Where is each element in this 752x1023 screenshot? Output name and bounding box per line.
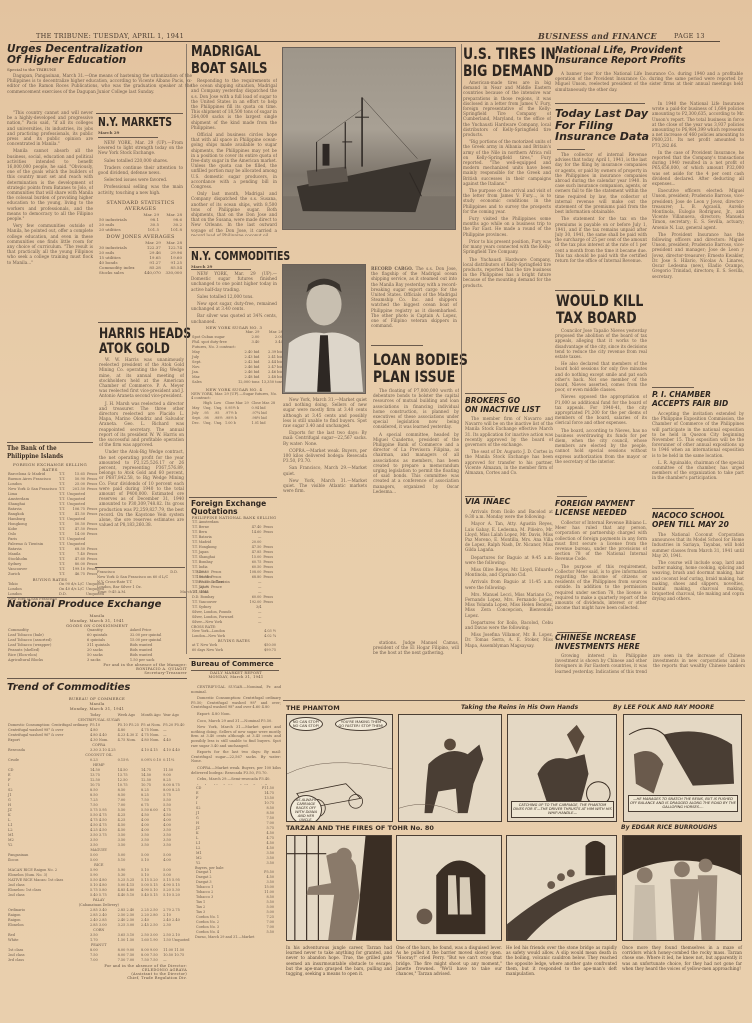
phantom-panel-2 bbox=[398, 714, 502, 822]
text: NEW YORK, Mar. 29 (UP).—Sugar futures, N… bbox=[191, 392, 277, 401]
text: Monday, March 31, 1941 bbox=[7, 706, 187, 711]
byline: Special to the TRIBUNE bbox=[7, 67, 182, 72]
text: 101.8 bbox=[160, 227, 183, 232]
text: 60 days New York bbox=[191, 648, 252, 653]
text: 12,000 tons bbox=[237, 380, 260, 385]
text: Month Ago bbox=[140, 713, 162, 718]
chinese-increase-body: Growing interest in Philippine investmen… bbox=[555, 653, 745, 679]
article-harris: HARRIS HEADS ATOK GOLD bbox=[99, 327, 184, 356]
column-rule bbox=[461, 44, 462, 654]
text: 101.5 bbox=[137, 227, 160, 232]
text: Miss Olive Reyes, Mr. Lloyd, Eduardo Mon… bbox=[465, 567, 553, 577]
comics-divider bbox=[283, 700, 745, 701]
portrait-illustration bbox=[283, 265, 365, 392]
phantom-episode: Taking the Reins in His Own Hands bbox=[461, 704, 578, 711]
text: stations. Judge Manuel Camus, president … bbox=[373, 640, 459, 656]
text: Dec. bbox=[191, 421, 202, 426]
text: Miss Josefina Villamor, Mr. B. Lopez, Dr… bbox=[465, 632, 553, 648]
tarzan-caption-4: Once more they found themselves in a maz… bbox=[622, 945, 742, 971]
text: 7.00 bbox=[89, 958, 117, 963]
panel-caption: CATCHING UP TO THE CARRIAGE, THE PHANTOM… bbox=[511, 801, 614, 818]
page-number: PAGE 13 bbox=[674, 32, 705, 40]
madrigal-body: Responding to the requirements of the oc… bbox=[191, 78, 277, 236]
divider bbox=[652, 508, 694, 509]
stone-bridge-illustration bbox=[507, 836, 616, 940]
text: "This country cannot and will never be a… bbox=[7, 110, 93, 146]
article-foreign-payment: FOREIGN PAYMENT LICENSE NEEDED bbox=[555, 500, 650, 517]
text: New York, March 31.—Market quiet. The vi… bbox=[283, 478, 367, 494]
text: Fury visited the Philippines some months… bbox=[463, 216, 551, 237]
text: 1.00 b bbox=[224, 421, 251, 426]
text: Manila cannot absorb all the business, s… bbox=[7, 148, 93, 221]
headline: N.Y. COMMODITIES bbox=[191, 250, 258, 262]
text: Under the Atok-Big Wedge contract, the n… bbox=[99, 449, 184, 527]
text: Domestic Consumption: Centrifugal ordina… bbox=[191, 696, 281, 710]
caption-balloon: AS ALWAYS CARRIAGE RACES OFF WITH DIANA … bbox=[290, 795, 322, 822]
text: Departures for Baguio at 9:45 a.m. were … bbox=[465, 555, 553, 565]
headline: Quotations bbox=[191, 508, 277, 516]
loan-bodies-body: The floating of P7,000,000 worth of debe… bbox=[373, 388, 459, 638]
nacoco-body: The National Coconut Corporation announc… bbox=[652, 532, 744, 650]
divider bbox=[371, 345, 423, 346]
headline: Insurance Report Profits bbox=[555, 56, 745, 66]
article-via-inaec: VIA INAEC bbox=[465, 497, 553, 506]
text: Arrivals from Baguio at 11:45 a.m. were … bbox=[465, 579, 553, 589]
would-kill-body: Councilor Jose Tapalio Nieves yesterday … bbox=[555, 328, 647, 493]
text: A banner year for the National Life Insu… bbox=[555, 71, 743, 92]
article-today-last-day: Today Last Day For Filing Insurance Data bbox=[555, 108, 650, 143]
headline: WOULD KILL bbox=[556, 293, 630, 309]
forex-rates-box: FranciscoD.D.$50.50Pesos New York & San … bbox=[96, 570, 184, 595]
phantom-panel-1: NO CAN STOP! NO CAN STOP! YOU'RE MAKING … bbox=[286, 714, 393, 822]
divider bbox=[189, 497, 277, 498]
divider bbox=[98, 322, 178, 323]
text: The floating of P7,000,000 worth of debe… bbox=[373, 388, 459, 430]
archway-illustration bbox=[397, 836, 501, 940]
text: NEW YORK, Mar. 29 (UP).—From lowered to … bbox=[98, 140, 183, 156]
headline: BOAT SAILS bbox=[191, 61, 258, 76]
text: 440,070 bbox=[141, 270, 162, 275]
article-national-life: National Life, Provident Insurance Repor… bbox=[555, 46, 745, 66]
via-inaec-extra: stations. Judge Manuel Camus, president … bbox=[373, 640, 459, 670]
text: Very few communities outside of Manila, … bbox=[7, 223, 93, 265]
speech-balloon: YOU'RE MAKING THEM GO FASTER! STOP THEM! bbox=[335, 717, 387, 731]
text: Dagupan, Pangasinan, March 31.—One means… bbox=[7, 73, 192, 94]
via-inaec-body: Arrivals from Iloilo and Bacolod at 9:30… bbox=[465, 509, 553, 649]
text: 4.80 Nom. bbox=[140, 738, 162, 743]
text: Selected issues were favored. bbox=[98, 177, 183, 182]
text: NEW YORK, Mar. 29 (UP).—Domestic sugar f… bbox=[191, 271, 277, 292]
divider bbox=[189, 658, 281, 659]
text: The purpose of the arrival and visit of … bbox=[463, 188, 551, 214]
headline: TAX BOARD bbox=[556, 310, 630, 326]
headline: ON INACTIVE LIST bbox=[465, 406, 553, 415]
phantom-panel-4: —HE MANAGES TO SNATCH THE REINS, BUT IS … bbox=[623, 714, 742, 822]
text: Coco, March 29 and 31.—Nominal P5.50. bbox=[191, 719, 281, 724]
text: Unq. bbox=[213, 421, 224, 426]
text: CENTRIFUGAL SUGAR.—Nominal, Pr. and nomi… bbox=[191, 685, 281, 694]
brokers-body: The member firm of Navarro and Navarro w… bbox=[465, 416, 553, 496]
pi-chamber-body: Accepting the invitation extended by the… bbox=[652, 411, 744, 505]
madrigal-tables-col: New York, March 31.—Market quiet and not… bbox=[283, 397, 367, 645]
headline: PLAN ISSUE bbox=[373, 369, 440, 385]
trend-commodities-table: TodayWeek AgoMonth AgoYear AgoCENTRIFUGA… bbox=[7, 713, 187, 980]
text: Pesos bbox=[86, 487, 98, 492]
text: Unq. bbox=[202, 421, 213, 426]
divider bbox=[555, 103, 645, 104]
phantom-on-horse-illustration bbox=[399, 715, 501, 821]
text: Executive officers elected: Miguel Unson… bbox=[652, 188, 744, 230]
ship-photo bbox=[282, 47, 456, 230]
text: J. H. Marsh was reelected a director and… bbox=[99, 401, 184, 448]
divider bbox=[465, 393, 507, 394]
text: In 1940 the National Life Insurance wrot… bbox=[652, 101, 744, 148]
text: Professional selling was the main activi… bbox=[98, 184, 183, 194]
text: Departures for Iloilo, Bacolod, Cebu and… bbox=[465, 620, 553, 630]
article-forex-quotations: Foreign Exchange Quotations PHILIPPINE N… bbox=[191, 500, 277, 653]
table-row: 3rd class7.007.50 7.007.50 7.50— bbox=[7, 958, 191, 963]
text: "Big portions of the motorized units of … bbox=[463, 139, 551, 186]
text: 7.50 7.50 bbox=[140, 958, 162, 963]
phantom-panel-3: CATCHING UP TO THE CARRIAGE, THE PHANTOM… bbox=[507, 714, 617, 822]
dateline: March 29 bbox=[98, 130, 184, 135]
text: FOREIGN EXCHANGE SELLING RATES bbox=[7, 462, 93, 472]
steamship-illustration bbox=[283, 48, 455, 229]
text: 330,000 bbox=[162, 270, 183, 275]
headline: ACCEPTS FAIR BID bbox=[652, 400, 747, 409]
text: $99.75 bbox=[252, 648, 278, 653]
headline: VIA INAEC bbox=[465, 497, 553, 506]
text: Bar silver was quoted at 34¾ cents, unch… bbox=[191, 313, 277, 323]
headline: LOAN BODIES bbox=[373, 352, 440, 368]
divider bbox=[7, 678, 187, 679]
national-life-body: In 1940 the National Life Insurance wrot… bbox=[652, 101, 744, 333]
divider bbox=[7, 597, 187, 598]
masthead: THE TRIBUNE: TUESDAY, APRIL 1, 1941 BUSI… bbox=[30, 30, 720, 42]
text: The member firm of Navarro and Navarro w… bbox=[465, 416, 553, 447]
text: The Provident Insurance has the followin… bbox=[652, 232, 744, 279]
text: Mayor A. Tan, Atty. Agustin Reyes, Luis … bbox=[465, 521, 553, 552]
text: COPRA.—Market weak. Buyers, per 100 kilo… bbox=[191, 766, 281, 775]
headline: Today Last Day bbox=[555, 108, 650, 120]
text: Traders continue their attention to good… bbox=[98, 165, 183, 175]
article-chinese-increase: CHINESE INCREASE INVESTMENTS HERE bbox=[555, 634, 650, 651]
text: The s.s. Don Jose, the flagship of the M… bbox=[371, 266, 457, 328]
headline: ATOK GOLD bbox=[99, 342, 165, 356]
text: In the case of Provident Insurance, he r… bbox=[652, 150, 744, 186]
article-bank-pi: The Bank of the Philippine Islands FOREI… bbox=[7, 444, 93, 602]
text: Stocks sales bbox=[98, 270, 141, 275]
headline: BIG DEMAND bbox=[463, 63, 532, 79]
text: The Bank of the bbox=[7, 444, 80, 452]
photo-caption: RECORD CARGO. The s.s. Don Jose, the fla… bbox=[371, 266, 457, 328]
article-pi-chamber: P. I. CHAMBER ACCEPTS FAIR BID bbox=[652, 391, 747, 408]
text: London, March 29 and 31.—Semi Germany P9… bbox=[191, 784, 281, 785]
article-national-produce: National Produce Exchange Manila Monday,… bbox=[7, 600, 187, 675]
headline: U.S. TIRES IN bbox=[463, 46, 532, 62]
tarzan-panel-2 bbox=[396, 835, 502, 941]
ny-sugar-table: NEW YORK SUGAR NO. 3 Mar. 29Mar. 28 Spot… bbox=[191, 325, 277, 426]
tarzan-panel-3 bbox=[506, 835, 617, 941]
divider bbox=[557, 149, 585, 150]
article-body: "This country cannot and will never be a… bbox=[7, 110, 93, 440]
divider bbox=[7, 442, 93, 443]
article-lead: Dagupan, Pangasinan, March 31.—One means… bbox=[7, 73, 192, 96]
headline: LICENSE NEEDED bbox=[555, 509, 650, 518]
text: 3rd class bbox=[7, 958, 89, 963]
divider bbox=[652, 387, 694, 388]
tarzan-caption-3: He led his friends over the stone bridge… bbox=[506, 945, 617, 976]
text: Collector of Internal Revenue Bibiano L.… bbox=[555, 520, 647, 562]
today-last-day-body: The collector of internal Revenue advise… bbox=[555, 152, 647, 288]
text: Davao, March 29 and 31.—Market bbox=[195, 935, 275, 939]
text: San Francisco, March 29.—Market quiet. bbox=[283, 465, 367, 475]
paper-dateline: THE TRIBUNE: TUESDAY, APRIL 1, 1941 bbox=[36, 32, 184, 40]
tarzan-title: TARZAN AND THE FIRES OF TOHR No. 80 bbox=[286, 824, 434, 832]
tarzan-byline: By EDGAR RICE BURROUGHS bbox=[621, 824, 717, 831]
text: 0.09⅞ 0.10 bbox=[140, 758, 162, 763]
tarzan-at-gate-illustration bbox=[287, 836, 391, 940]
text: The collector of internal Revenue advise… bbox=[555, 152, 647, 214]
tarzan-caption-2: One of the bars, he found, was a disguis… bbox=[396, 945, 502, 976]
text: 7.50 7.00 bbox=[117, 958, 140, 963]
headline: OPEN TILL MAY 20 bbox=[652, 521, 747, 530]
text: Sales bbox=[191, 380, 237, 385]
article-bureau-commerce: Bureau of Commerce DAILY MARKET REPORT M… bbox=[191, 661, 281, 679]
us-tires-body: American-made tires are in big demand in… bbox=[463, 80, 551, 390]
text: Official and business circles hope that … bbox=[191, 132, 277, 189]
text: The National Coconut Corporation announc… bbox=[652, 532, 744, 558]
text: Sales totalled 220,000 shares. bbox=[98, 158, 183, 163]
text: Exports for the last two days: By mail: … bbox=[191, 750, 281, 764]
text: Time: 9:45 A.M. bbox=[96, 590, 169, 595]
text: Nieves opposed the appropriation of P1,0… bbox=[555, 394, 647, 425]
headline: MADRIGAL bbox=[191, 44, 258, 59]
text: Councilor Jose Tapalio Nieves yesterday … bbox=[555, 328, 647, 359]
text: New York, March 31.—Market quiet and not… bbox=[283, 397, 367, 428]
article-trend-commodities: Trend of Commodities BUREAU OF COMMERCE … bbox=[7, 683, 187, 711]
headline: Of Higher Education bbox=[7, 55, 182, 66]
divider bbox=[189, 247, 277, 248]
text: Responding to the requirements of the oc… bbox=[191, 78, 277, 130]
standard-stats-table: STANDARD STATISTICS AVERAGES Mar. 29Mar.… bbox=[98, 200, 183, 275]
column-rule bbox=[186, 44, 187, 654]
headline: National Produce Exchange bbox=[7, 600, 187, 611]
text: Pesos bbox=[86, 532, 98, 537]
tarzan-strip-header: TARZAN AND THE FIRES OF TOHR No. 80 By E… bbox=[283, 823, 745, 834]
national-life-lead: A banner year for the National Life Insu… bbox=[555, 71, 743, 94]
article-would-kill: WOULD KILL TAX BOARD bbox=[556, 293, 651, 326]
tarzan-panel-1 bbox=[286, 835, 392, 941]
speech-balloon: NO CAN STOP! NO CAN STOP! bbox=[289, 717, 323, 731]
text: Pesos bbox=[86, 512, 98, 517]
text: COPRA.—Market weak. Buyers, per 100 kilo… bbox=[283, 448, 367, 464]
text: 13,350 tons bbox=[260, 380, 283, 385]
article-madrigal: MADRIGAL BOAT SAILS bbox=[191, 44, 277, 76]
text: Accepting the invitation extended by the… bbox=[652, 411, 744, 458]
text: Mrs. Manuel Lecci, Miss Mariano Co, Fern… bbox=[465, 592, 553, 618]
text: The purpose of this requirement, Collect… bbox=[555, 564, 647, 611]
text: New spot sugar, duty-free, remained unch… bbox=[191, 301, 277, 311]
text: He also declared that members of the boa… bbox=[555, 361, 647, 392]
text: D.D. bbox=[169, 570, 179, 575]
article-decentralization: Urges Decentralization Of Higher Educati… bbox=[7, 44, 182, 72]
panel-caption: —HE MANAGES TO SNATCH THE REINS, BUT IS … bbox=[628, 795, 738, 812]
headline: HARRIS HEADS bbox=[99, 327, 165, 341]
headline: INVESTMENTS HERE bbox=[555, 643, 650, 652]
text: The statement for the tax on the premium… bbox=[555, 216, 647, 263]
text: Prior to his present position, Fury was … bbox=[463, 239, 551, 255]
tarzan-panel-4 bbox=[622, 835, 742, 941]
divider bbox=[95, 567, 185, 568]
text: Only last month, Madrigal and Company di… bbox=[191, 191, 277, 236]
text: MONDAY, March 31, 1941 bbox=[191, 675, 281, 679]
tarzan-caption-1: In his adventurous jungle career, Tarzan… bbox=[286, 945, 392, 976]
article-ny-commodities: N.Y. COMMODITIES March 29 bbox=[191, 250, 277, 269]
text: A special committee, headed by Miguel Cu… bbox=[373, 432, 459, 494]
text: Secretary-Treasurer bbox=[7, 671, 187, 675]
ny-commodities-body: NEW YORK, Mar. 29 (UP).—Domestic sugar f… bbox=[191, 271, 277, 323]
text: Chief, Trade Regulation Div. bbox=[7, 976, 187, 980]
text: Philippine Islands bbox=[7, 452, 80, 460]
bureau-hemp-table: CDP11.50E14.75F13.50I10.75S28.50J18.50G7… bbox=[195, 786, 275, 939]
section-title: BUSINESS and FINANCE bbox=[538, 31, 657, 41]
text: Growing interest in Philippine investmen… bbox=[555, 653, 745, 679]
text: 1.50 Unquoted bbox=[162, 938, 190, 943]
text: Sales totalled 12,000 tons. bbox=[191, 294, 277, 299]
headline: Insurance Data bbox=[555, 131, 650, 143]
foreign-payment-body: Collector of Internal Revenue Bibiano L.… bbox=[555, 520, 647, 630]
headline: Trend of Commodities bbox=[7, 683, 187, 694]
ny-markets-body: NEW YORK, Mar. 29 (UP).—From lowered to … bbox=[98, 140, 183, 196]
newspaper-page: THE TRIBUNE: TUESDAY, APRIL 1, 1941 BUSI… bbox=[0, 0, 752, 1023]
text: 20 utilities bbox=[98, 227, 137, 232]
text: — bbox=[162, 958, 190, 963]
text: Exports for the last two days: By mail: … bbox=[283, 430, 367, 446]
text: 1.01 bid bbox=[250, 421, 277, 426]
text: Arrivals from Iloilo and Bacolod at 9:30… bbox=[465, 509, 553, 519]
headline: Bureau of Commerce bbox=[191, 661, 281, 668]
divider bbox=[96, 113, 183, 114]
text: American-made tires are in big demand in… bbox=[463, 80, 551, 137]
divider bbox=[191, 269, 251, 270]
text: The course will include soap, lard and b… bbox=[652, 560, 744, 602]
article-nacoco: NACOCO SCHOOL OPEN TILL MAY 20 bbox=[652, 512, 747, 529]
article-ny-markets: N.Y. MARKETS March 29 bbox=[98, 116, 184, 135]
article-us-tires: U.S. TIRES IN BIG DEMAND bbox=[463, 46, 551, 79]
divider bbox=[557, 496, 587, 497]
text: Export: 4.80 Nom. bbox=[191, 712, 281, 717]
text: The Ynchausti Hardware Company, local di… bbox=[463, 257, 551, 288]
text: The board, according to Nieves, has no b… bbox=[555, 428, 647, 464]
phantom-strip-header: THE PHANTOM Taking the Reins in His Own … bbox=[283, 703, 745, 714]
article-brokers: BROKERS GO ON INACTIVE LIST bbox=[465, 397, 553, 414]
text: New York, March 31.—Market quiet and not… bbox=[191, 725, 281, 748]
corridor-group-illustration bbox=[623, 836, 741, 940]
phantom-byline: By LEE FOLK AND RAY MOORE bbox=[613, 704, 714, 711]
divider bbox=[98, 137, 158, 138]
text: W. W. Harris was unanimously reelected p… bbox=[99, 357, 184, 399]
headline: N.Y. MARKETS bbox=[98, 116, 165, 128]
article-loan-bodies: LOAN BODIES PLAN ISSUE bbox=[373, 352, 459, 385]
portrait-photo bbox=[282, 264, 366, 394]
bureau-commerce-body: CENTRIFUGAL SUGAR.—Nominal, Pr. and nomi… bbox=[191, 685, 281, 785]
text: STANDARD STATISTICS AVERAGES bbox=[98, 200, 183, 212]
phantom-title: THE PHANTOM bbox=[286, 704, 340, 712]
text: L. R. Aguinaldo, chairman of the special… bbox=[652, 460, 744, 481]
harris-body: W. W. Harris was unanimously reelected p… bbox=[99, 357, 184, 587]
text: Cebu, March 29.—Semi-resecada P3.40. bbox=[191, 777, 281, 782]
text: The seat of Dr. Augusto J. D. Cortes in … bbox=[465, 449, 553, 475]
